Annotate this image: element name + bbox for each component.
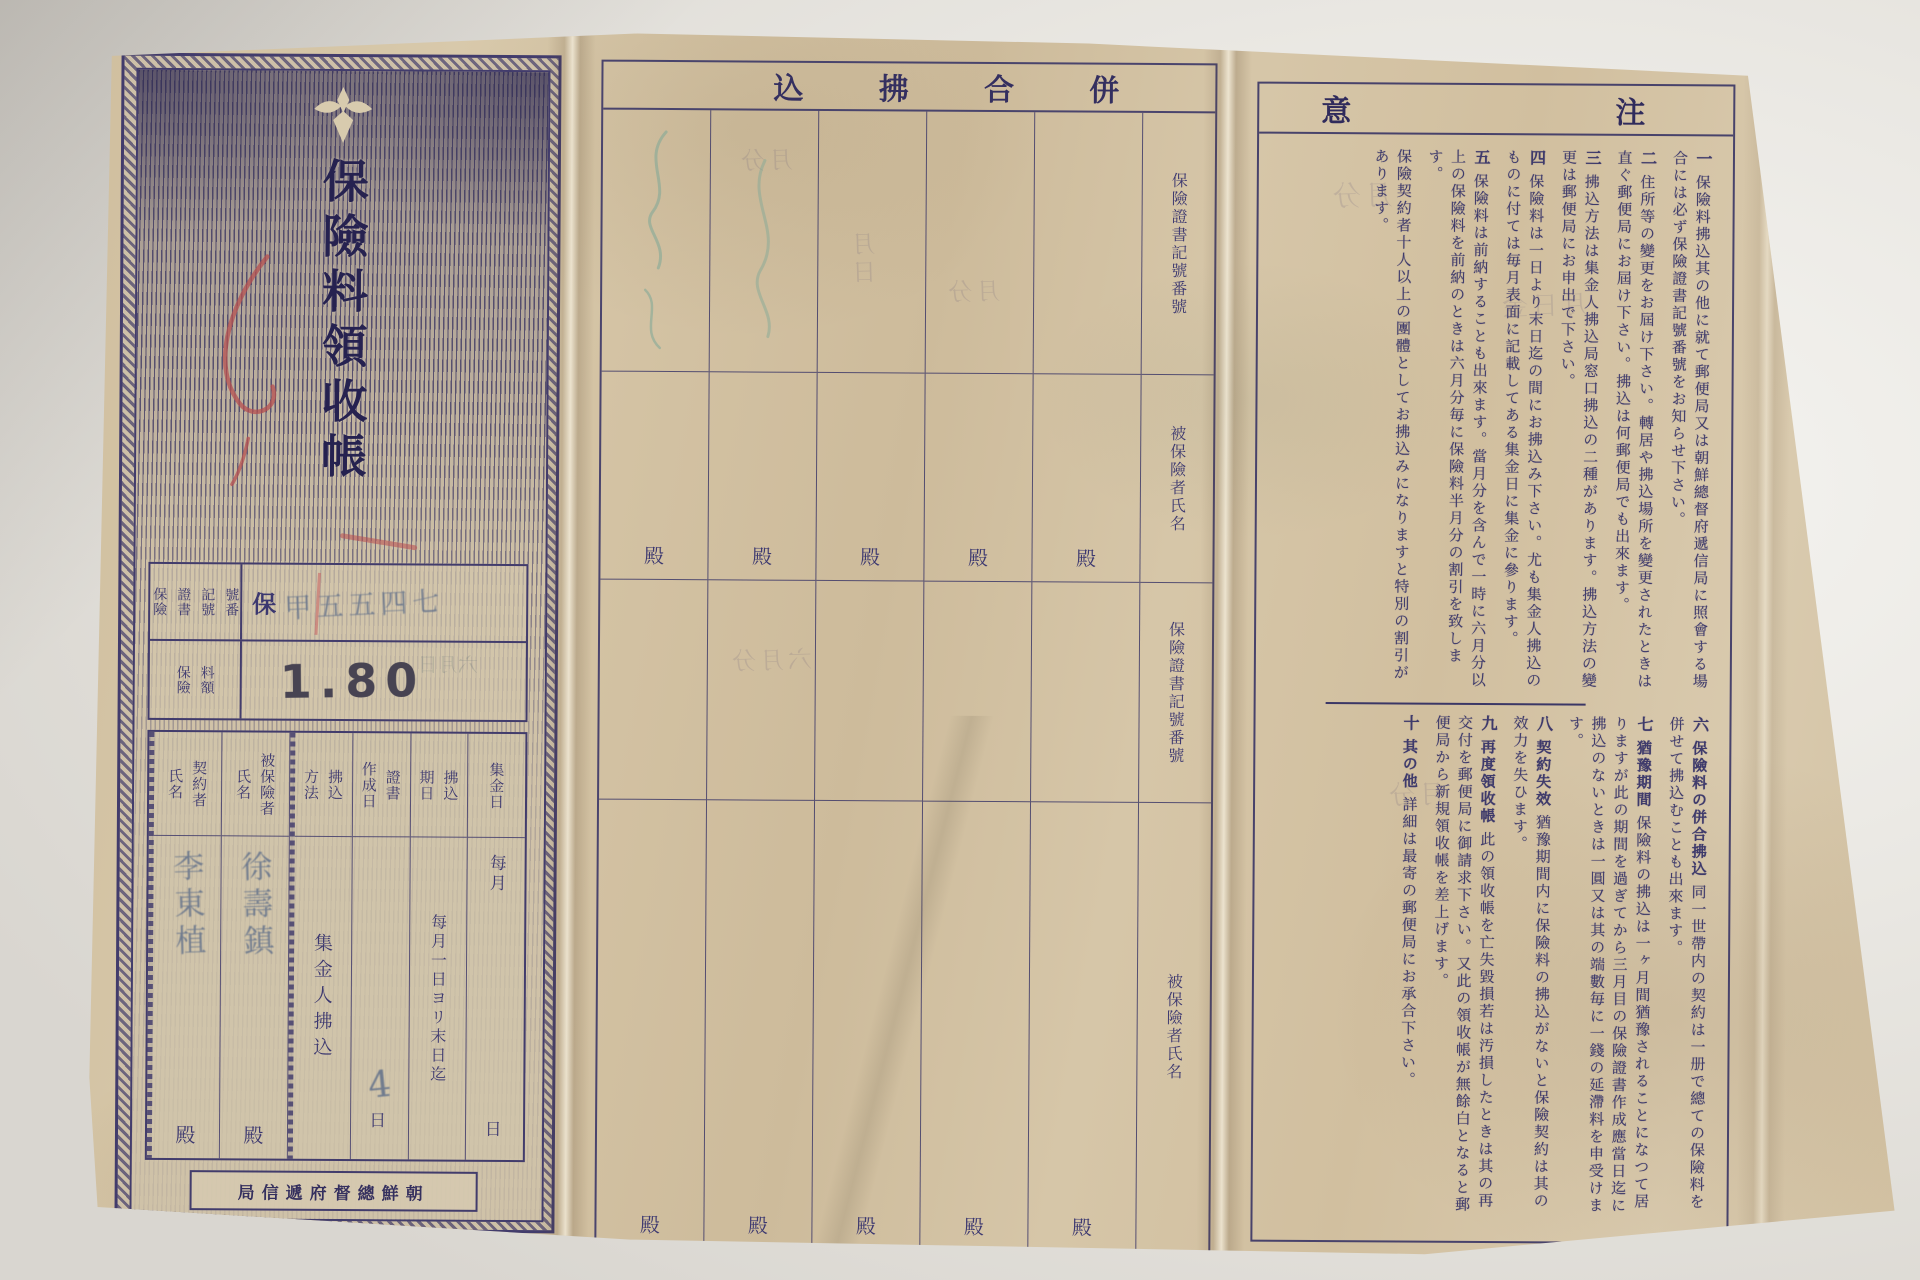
policy-column: 月日 殿 殿	[812, 111, 927, 1250]
column-header: 契約者 氏名	[154, 732, 222, 836]
header-line: 契約者	[189, 760, 210, 808]
insured-name-handwritten: 徐壽鎮	[231, 850, 279, 962]
clause-title: 其の他	[1401, 739, 1419, 791]
cert-number-label: 保險證書記號番號	[1164, 621, 1188, 765]
notice-clause: 五保險料は前納することも出來ます。當月分を含んで一時に六月分以上の保險料を前納の…	[1421, 149, 1493, 697]
header-char: 込	[773, 64, 803, 108]
column-header: 拂込 期日	[410, 733, 467, 837]
notice-clause: 七猶豫期間保險料の拂込は一ヶ月間猶豫されることになつて居りますが此の期間を過ぎて…	[1562, 715, 1657, 1216]
communications-crest-icon	[306, 85, 380, 151]
insured-name-column: 被保險者 氏名 徐壽鎮 殿	[220, 732, 291, 1158]
contractor-name-handwritten: 李東植	[163, 849, 211, 961]
insured-name-cell: 殿	[1028, 802, 1138, 1251]
clause-number: 三	[1583, 150, 1602, 168]
combined-payment-header: 併 合 拂 込	[603, 62, 1215, 114]
cert-number-cell	[815, 581, 923, 802]
premium-amount-row: 保險 料額 1.80 六月日	[150, 641, 526, 720]
cert-issue-date-column: 證書 作成日 4 日	[351, 733, 411, 1159]
notice-clause: 保險契約者十人以上の團體としてお拂込みになりますと特別の割引があります。	[1367, 148, 1415, 696]
clause-title: 契約失效	[1534, 740, 1552, 809]
policy-column: 月分 殿 六月分 殿	[704, 110, 819, 1249]
column-header: 證書 作成日	[353, 733, 410, 837]
publisher-bar: 局信遞府督總鮮朝	[190, 1170, 478, 1212]
honorific-dono: 殿	[1076, 542, 1096, 581]
header-line: 集金日	[486, 761, 507, 809]
cert-label-pair: 號番	[221, 587, 241, 617]
honorific-dono: 殿	[860, 541, 880, 580]
notice-clause: 四保險料は一日より末日迄の間にお拂込み下さい。尤も集金人拂込のものに付ては毎月表…	[1499, 149, 1549, 697]
collection-day-prefix: 每月	[484, 854, 509, 894]
header-char: 合	[984, 65, 1014, 109]
fold-crease	[1736, 37, 1791, 1259]
notice-clause: 三拂込方法は集金人拂込局窓口拂込の二種があります。拂込方法の變更は郵便局にお申出…	[1554, 149, 1604, 697]
collection-day-suffix: 日	[485, 1115, 505, 1140]
collection-day-column: 集金日 每月 日	[466, 734, 525, 1160]
issue-day-handwritten: 4	[366, 1064, 393, 1107]
combined-payment-panel: 併 合 拂 込 殿 殿	[594, 60, 1217, 1254]
notice-clause: 十其の他詳細は最寄の郵便局にお承合下さい。	[1395, 714, 1422, 1214]
clause-text: 保險料は一日より末日迄の間にお拂込み下さい。尤も集金人拂込のものに付ては毎月表面…	[1501, 149, 1545, 689]
teal-handwriting-mark	[610, 120, 712, 371]
header-line: 拂込	[325, 768, 346, 800]
cert-number-label: 保險證書記號番號	[1167, 172, 1191, 316]
header-line: 氏名	[233, 768, 254, 800]
clause-title: 猶豫期間	[1634, 740, 1652, 809]
column-header: 被保險者 氏名	[222, 732, 290, 836]
honorific-dono: 殿	[640, 1209, 660, 1248]
insured-name-cell: 殿	[812, 801, 922, 1250]
premium-amount-label: 保險 料額	[150, 641, 242, 719]
clause-title: 再度領收帳	[1478, 739, 1497, 825]
policy-fields-box: 保險 證書 記號 號番 保 甲五五四七 保險 料額	[148, 562, 529, 722]
honorific-dono: 殿	[175, 1119, 195, 1148]
ink-bleed-text: 月日	[848, 231, 885, 288]
policy-column: 月分 殿 殿	[920, 112, 1035, 1251]
premium-amount-stamp: 1.80	[279, 653, 425, 709]
fold-crease	[540, 29, 595, 1251]
cert-number-cell	[1031, 582, 1139, 803]
honorific-dono: 殿	[644, 540, 664, 579]
cert-label-pair: 保險	[149, 586, 169, 616]
cert-prefix: 保	[252, 584, 276, 619]
insured-name-cell: 殿	[708, 372, 816, 581]
clause-text: 保險料拂込其の他に就て郵便局又は朝鮮總督府遞信局に照會する場合には必ず保險證書記…	[1669, 150, 1712, 690]
cert-number-value: 保 甲五五四七	[242, 564, 526, 641]
cover-panel-inner: 保險料領收帳 保險 證書 記號 號番 保 甲五五四七	[129, 68, 550, 1223]
clause-number: 九	[1479, 715, 1498, 733]
insured-name-cell: 殿	[704, 800, 814, 1249]
header-char: 注	[1615, 88, 1645, 132]
clause-number: 六	[1690, 716, 1709, 734]
notice-header: 注 意	[1259, 84, 1733, 137]
insured-name-cell: 殿	[920, 802, 1030, 1251]
ink-bleed-text: 月分	[944, 271, 1001, 308]
honorific-dono: 殿	[856, 1210, 876, 1249]
clause-number: 十	[1401, 714, 1420, 732]
header-line: 作成日	[359, 761, 380, 809]
clause-number: 一	[1694, 150, 1713, 168]
honorific-dono: 殿	[968, 542, 988, 581]
clause-text: 住所等の變更をお屆け下さい。轉居や拂込場所を變更されたときは直ぐ郵便局にお屆け下…	[1613, 150, 1657, 690]
notice-clauses-top: 一保險料拂込其の他に就て郵便局又は朝鮮總督府遞信局に照會する場合には必ず保險證書…	[1274, 148, 1715, 699]
cert-number-cell: 六月分	[707, 580, 815, 801]
trifold-receipt-book-paper: 保險料領收帳 保險 證書 記號 號番 保 甲五五四七	[88, 26, 1901, 1259]
payment-period-column: 拂込 期日 每月一日ヨリ末日迄	[408, 733, 468, 1159]
combined-payment-table: 殿 殿 月分 殿 六月分	[596, 110, 1215, 1252]
insured-name-label: 被保險者氏名	[1162, 973, 1186, 1081]
cert-number-handwritten: 甲五五四七	[283, 579, 445, 625]
day-suffix: 日	[369, 1106, 389, 1131]
honorific-dono: 殿	[964, 1211, 984, 1250]
cert-label-pair: 記號	[197, 587, 217, 617]
notice-clause: 八契約失效猶豫期間内に保險料の拂込がないと保險契約は其の效力を失ひます。	[1506, 715, 1556, 1215]
ink-bleed-text: 六月分	[727, 639, 812, 676]
header-char: 併	[1089, 66, 1119, 110]
clause-number: 二	[1638, 150, 1657, 168]
ink-bleed-text: 六月日	[418, 648, 478, 677]
cert-number-cell: 月分	[710, 110, 819, 373]
clause-text: 保險料は前納することも出來ます。當月分を含んで一時に六月分以上の保險料を前納のと…	[1426, 149, 1490, 690]
notice-panel: 注 意 月分 月日金 月分 一保險料拂込其の他に就て郵便局又は朝鮮總督府遞信局に…	[1250, 82, 1735, 1245]
clause-number: 四	[1527, 149, 1546, 167]
payment-method-value: 集金人拂込	[308, 933, 336, 1063]
notice-body: 月分 月日金 月分 一保險料拂込其の他に就て郵便局又は朝鮮總督府遞信局に照會する…	[1252, 134, 1733, 1243]
notice-clause: 九再度領收帳此の領收帳を亡失毀損若は汚損したときは其の再交付を郵便局に御請求下さ…	[1428, 715, 1500, 1215]
column-header: 拂込 方法	[295, 733, 352, 837]
insured-name-cell: 殿	[816, 373, 924, 582]
premium-amount-value: 1.80 六月日	[242, 641, 526, 720]
notice-clauses-bottom: 六保險料の併合拂込同一世帶内の契約は一册で總ての保險料を併せて拂込むことも出來ま…	[1271, 714, 1712, 1217]
header-char: 意	[1321, 86, 1351, 130]
notice-clause: 一保險料拂込其の他に就て郵便局又は朝鮮總督府遞信局に照會する場合には必ず保險證書…	[1665, 150, 1715, 698]
honorific-dono: 殿	[1072, 1211, 1092, 1250]
header-line: 期日	[416, 769, 437, 801]
header-char: 拂	[879, 64, 909, 108]
insured-name-cell: 殿	[924, 374, 1032, 583]
cert-number-cell	[1034, 112, 1143, 375]
fee-label-pair: 保險	[173, 664, 193, 694]
notice-clause: 六保險料の併合拂込同一世帶内の契約は一册で總ての保險料を併せて拂込むことも出來ま…	[1662, 716, 1712, 1216]
insured-name-label: 被保險者氏名	[1165, 425, 1189, 533]
cert-number-cell: 月日	[818, 111, 927, 374]
clause-text: 詳細は最寄の郵便局にお承合下さい。	[1399, 796, 1419, 1089]
cert-number-label: 保險 證書 記號 號番	[150, 564, 242, 640]
clause-text: 保險契約者十人以上の團體としてお拂込みになりますと特別の割引があります。	[1372, 148, 1413, 681]
honorific-dono: 殿	[748, 1210, 768, 1249]
header-line: 方法	[301, 768, 322, 800]
cert-number-cell	[599, 580, 707, 801]
payment-method-column: 拂込 方法 集金人拂込	[293, 733, 353, 1159]
fee-label-pair: 料額	[197, 665, 217, 695]
fold-crease	[1196, 33, 1251, 1255]
honorific-dono: 殿	[752, 541, 772, 580]
teal-handwriting-mark	[724, 150, 805, 350]
header-line: 證書	[383, 769, 404, 801]
clause-number: 五	[1472, 149, 1491, 167]
clause-number: 八	[1534, 715, 1553, 733]
header-line: 被保險者	[257, 752, 278, 816]
policy-column: 殿 殿	[1028, 112, 1143, 1251]
column-header: 集金日	[468, 734, 525, 838]
header-line: 氏名	[165, 767, 186, 799]
clause-number: 七	[1635, 716, 1654, 734]
insured-name-cell: 殿	[600, 372, 708, 581]
insured-name-cell: 殿	[1032, 374, 1140, 583]
policy-column: 殿 殿	[596, 110, 711, 1249]
section-divider	[1326, 702, 1586, 706]
cert-number-row: 保險 證書 記號 號番 保 甲五五四七	[150, 564, 526, 643]
payment-details-table: 契約者 氏名 李東植 殿 被保險者 氏名 徐壽鎮 殿	[145, 730, 528, 1162]
cert-number-cell: 月分	[926, 112, 1035, 375]
red-brush-mark	[188, 248, 319, 489]
cert-number-cell	[602, 110, 711, 373]
contractor-name-column: 契約者 氏名 李東植 殿	[152, 732, 223, 1158]
cover-panel: 保險料領收帳 保險 證書 記號 號番 保 甲五五四七	[114, 53, 561, 1234]
clause-text: 拂込方法は集金人拂込局窓口拂込の二種があります。拂込方法の變更は郵便局にお申出で…	[1559, 149, 1601, 689]
header-line: 拂込	[440, 769, 461, 801]
notice-clause: 二住所等の變更をお屆け下さい。轉居や拂込場所を變更されたときは直ぐ郵便局にお屆け…	[1610, 150, 1660, 698]
clause-title: 保險料の併合拂込	[1690, 740, 1709, 878]
cert-number-cell	[923, 582, 1031, 803]
cert-label-pair: 證書	[173, 586, 193, 616]
insured-name-cell: 殿	[596, 800, 706, 1249]
honorific-dono: 殿	[243, 1119, 263, 1148]
payment-period-value: 每月一日ヨリ末日迄	[426, 913, 450, 1084]
